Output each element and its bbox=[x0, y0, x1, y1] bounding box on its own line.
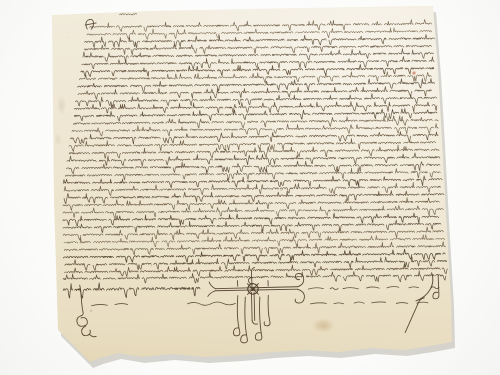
ink-stroke bbox=[248, 277, 253, 283]
ink-stroke bbox=[208, 282, 216, 297]
ink-speck bbox=[339, 49, 340, 50]
ink-stroke bbox=[74, 115, 439, 129]
ink-stroke bbox=[308, 286, 439, 290]
ink-stroke bbox=[84, 33, 434, 48]
ink-stroke bbox=[72, 123, 438, 137]
ink-stroke bbox=[63, 175, 442, 189]
ink-stroke bbox=[83, 48, 434, 62]
ink-stroke bbox=[91, 304, 127, 306]
ink-stroke bbox=[75, 93, 437, 107]
ink-stroke bbox=[295, 273, 303, 286]
ink-stroke bbox=[80, 285, 83, 316]
ink-speck bbox=[229, 43, 230, 44]
ink-speck bbox=[150, 265, 152, 267]
ink-stroke bbox=[69, 145, 439, 160]
notarial-sign bbox=[208, 267, 305, 343]
ink-stroke bbox=[74, 101, 437, 116]
ink-stroke bbox=[63, 282, 200, 298]
ink-stroke bbox=[65, 256, 447, 270]
ink-stroke bbox=[63, 219, 441, 234]
ink-stroke bbox=[215, 289, 297, 291]
ink-stroke bbox=[78, 86, 433, 100]
ink-stroke bbox=[310, 301, 428, 304]
ink-stroke bbox=[69, 137, 438, 151]
ink-speck bbox=[290, 240, 292, 242]
notarial-sign-knot-center bbox=[251, 287, 256, 292]
ink-stroke bbox=[240, 297, 247, 343]
ink-stroke bbox=[64, 234, 445, 248]
ink-stroke bbox=[264, 295, 270, 326]
manuscript-ink-layer bbox=[0, 0, 500, 375]
ink-stroke bbox=[63, 212, 442, 226]
ink-stroke bbox=[251, 292, 252, 320]
ink-stroke bbox=[77, 316, 88, 327]
ink-stroke bbox=[64, 242, 445, 256]
ink-speck bbox=[188, 55, 190, 57]
ink-stroke bbox=[416, 273, 433, 301]
ink-stroke bbox=[64, 264, 447, 279]
flourish-right bbox=[405, 273, 440, 333]
ink-stroke bbox=[120, 14, 139, 16]
ink-stroke bbox=[405, 304, 418, 333]
ink-stroke bbox=[295, 289, 304, 303]
ink-speck bbox=[388, 270, 389, 271]
ink-stroke bbox=[90, 19, 432, 32]
ink-stroke bbox=[78, 78, 435, 92]
ink-stroke bbox=[255, 297, 262, 340]
ink-speck bbox=[90, 310, 92, 312]
ink-speck bbox=[247, 278, 248, 279]
ink-stroke bbox=[187, 302, 235, 306]
ink-stroke bbox=[254, 292, 255, 320]
ink-speck bbox=[280, 189, 282, 191]
ink-speck bbox=[203, 167, 204, 168]
ink-speck bbox=[69, 37, 70, 38]
ink-stroke bbox=[74, 108, 437, 122]
chancery-note bbox=[120, 14, 139, 16]
ink-speck bbox=[301, 50, 303, 52]
ink-speck bbox=[403, 59, 404, 60]
photo-background bbox=[0, 0, 500, 375]
ink-stroke bbox=[82, 326, 91, 336]
ink-stroke bbox=[215, 287, 297, 289]
ink-stroke bbox=[233, 296, 240, 336]
ink-speck bbox=[252, 255, 254, 257]
ink-stroke bbox=[252, 320, 257, 324]
ink-stroke bbox=[90, 334, 97, 336]
ink-speck bbox=[155, 40, 156, 41]
paraph-left bbox=[77, 285, 97, 337]
ink-speck bbox=[378, 180, 379, 181]
